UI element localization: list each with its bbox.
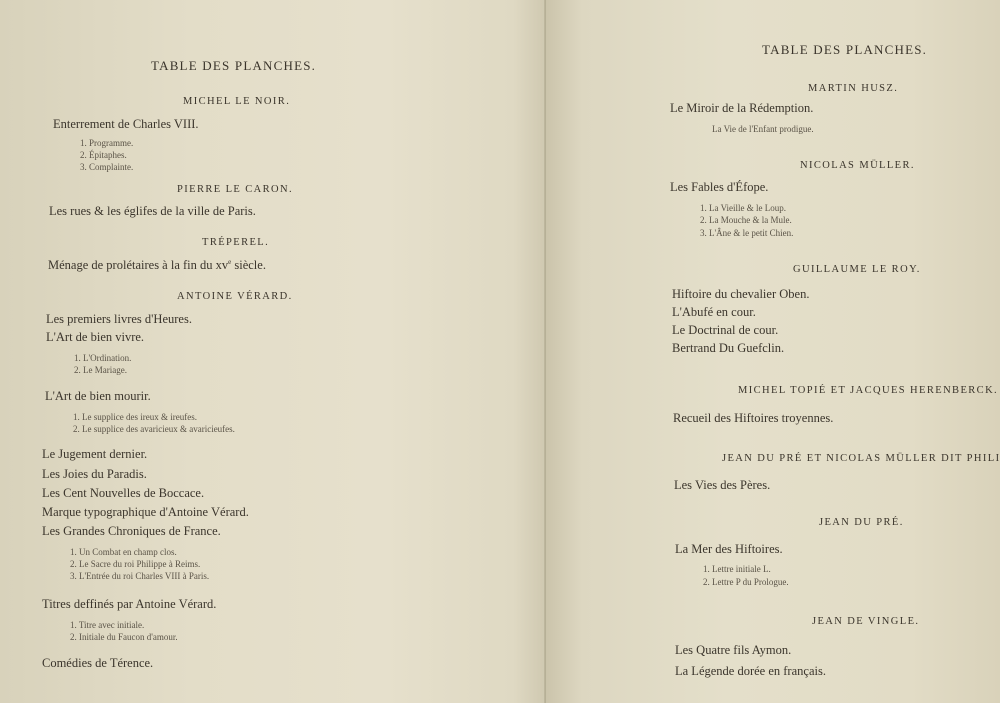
plate-entry: Ménage de prolétaires à la fin du xve si… [48, 258, 266, 273]
plate-subitem: 2. Le Sacre du roi Philippe à Reims. [70, 559, 200, 569]
page-title: TABLE DES PLANCHES. [151, 58, 316, 74]
author-heading: GUILLAUME LE ROY. [793, 264, 921, 275]
plate-entry: L'Abufé en cour. [672, 305, 756, 320]
plate-subitem: 3. L'Entrée du roi Charles VIII à Paris. [70, 571, 209, 581]
plate-entry: Marque typographique d'Antoine Vérard. [42, 505, 249, 520]
plate-entry: L'Art de bien mourir. [45, 389, 151, 404]
plate-subitem: 2. La Mouche & la Mule. [700, 215, 792, 225]
author-heading: MARTIN HUSZ. [808, 83, 898, 94]
plate-entry: Les Cent Nouvelles de Boccace. [42, 486, 204, 501]
plate-subitem: 3. L'Âne & le petit Chien. [700, 228, 793, 238]
plate-entry: Les Quatre fils Aymon. [675, 643, 791, 658]
author-heading: JEAN DE VINGLE. [812, 616, 919, 627]
plate-entry: Les Fables d'Éfope. [670, 180, 768, 195]
plate-entry: La Mer des Hiftoires. [675, 542, 783, 557]
right-page: TABLE DES PLANCHES. MARTIN HUSZ. Le Miro… [546, 0, 1000, 703]
plate-subitem: 1. L'Ordination. [74, 353, 131, 363]
plate-subitem: 1. Un Combat en champ clos. [70, 547, 177, 557]
plate-entry: Titres deffinés par Antoine Vérard. [42, 597, 216, 612]
plate-entry: Le Jugement dernier. [42, 447, 147, 462]
plate-subitem: 1. Titre avec initiale. [70, 620, 144, 630]
plate-subitem: 3. Complainte. [80, 162, 133, 172]
plate-subitem: 2. Le supplice des avaricieux & avaricie… [73, 424, 235, 434]
plate-entry: Comédies de Térence. [42, 656, 153, 671]
plate-subitem: 1. Programme. [80, 138, 133, 148]
author-heading: JEAN DU PRÉ. [819, 517, 904, 528]
author-heading: TRÉPEREL. [202, 237, 269, 248]
plate-subitem: 1. Lettre initiale L. [703, 564, 771, 574]
author-heading: MICHEL LE NOIR. [183, 96, 290, 107]
plate-entry: Les Vies des Pères. [674, 478, 770, 493]
left-page: TABLE DES PLANCHES. MICHEL LE NOIR. Ente… [0, 0, 546, 703]
plate-entry: Enterrement de Charles VIII. [53, 117, 199, 132]
plate-entry: Les rues & les églifes de la ville de Pa… [49, 204, 256, 219]
author-heading: JEAN DU PRÉ ET NICOLAS MÜLLER DIT PHILIP… [722, 453, 1000, 464]
author-heading: PIERRE LE CARON. [177, 184, 293, 195]
plate-subitem: 2. Épitaphes. [80, 150, 127, 160]
plate-subitem: 2. Le Mariage. [74, 365, 127, 375]
plate-entry: Les Joies du Paradis. [42, 467, 147, 482]
plate-entry: Bertrand Du Guefclin. [672, 341, 784, 356]
page-title: TABLE DES PLANCHES. [762, 42, 927, 58]
plate-subitem: 1. La Vieille & le Loup. [700, 203, 786, 213]
plate-subitem: 1. Le supplice des ireux & ireufes. [73, 412, 197, 422]
plate-entry: L'Art de bien vivre. [46, 330, 144, 345]
plate-entry: Hiftoire du chevalier Oben. [672, 287, 809, 302]
author-heading: ANTOINE VÉRARD. [177, 291, 293, 302]
plate-entry: Les premiers livres d'Heures. [46, 312, 192, 327]
author-heading: NICOLAS MÜLLER. [800, 160, 915, 171]
plate-subitem: La Vie de l'Enfant prodigue. [712, 124, 814, 134]
plate-entry: Recueil des Hiftoires troyennes. [673, 411, 833, 426]
plate-entry: Les Grandes Chroniques de France. [42, 524, 221, 539]
plate-entry: Le Doctrinal de cour. [672, 323, 778, 338]
plate-entry: Le Miroir de la Rédemption. [670, 101, 813, 116]
plate-subitem: 2. Lettre P du Prologue. [703, 577, 789, 587]
plate-entry: La Légende dorée en français. [675, 664, 826, 679]
author-heading: MICHEL TOPIÉ ET JACQUES HERENBERCK. [738, 385, 998, 396]
plate-subitem: 2. Initiale du Faucon d'amour. [70, 632, 178, 642]
